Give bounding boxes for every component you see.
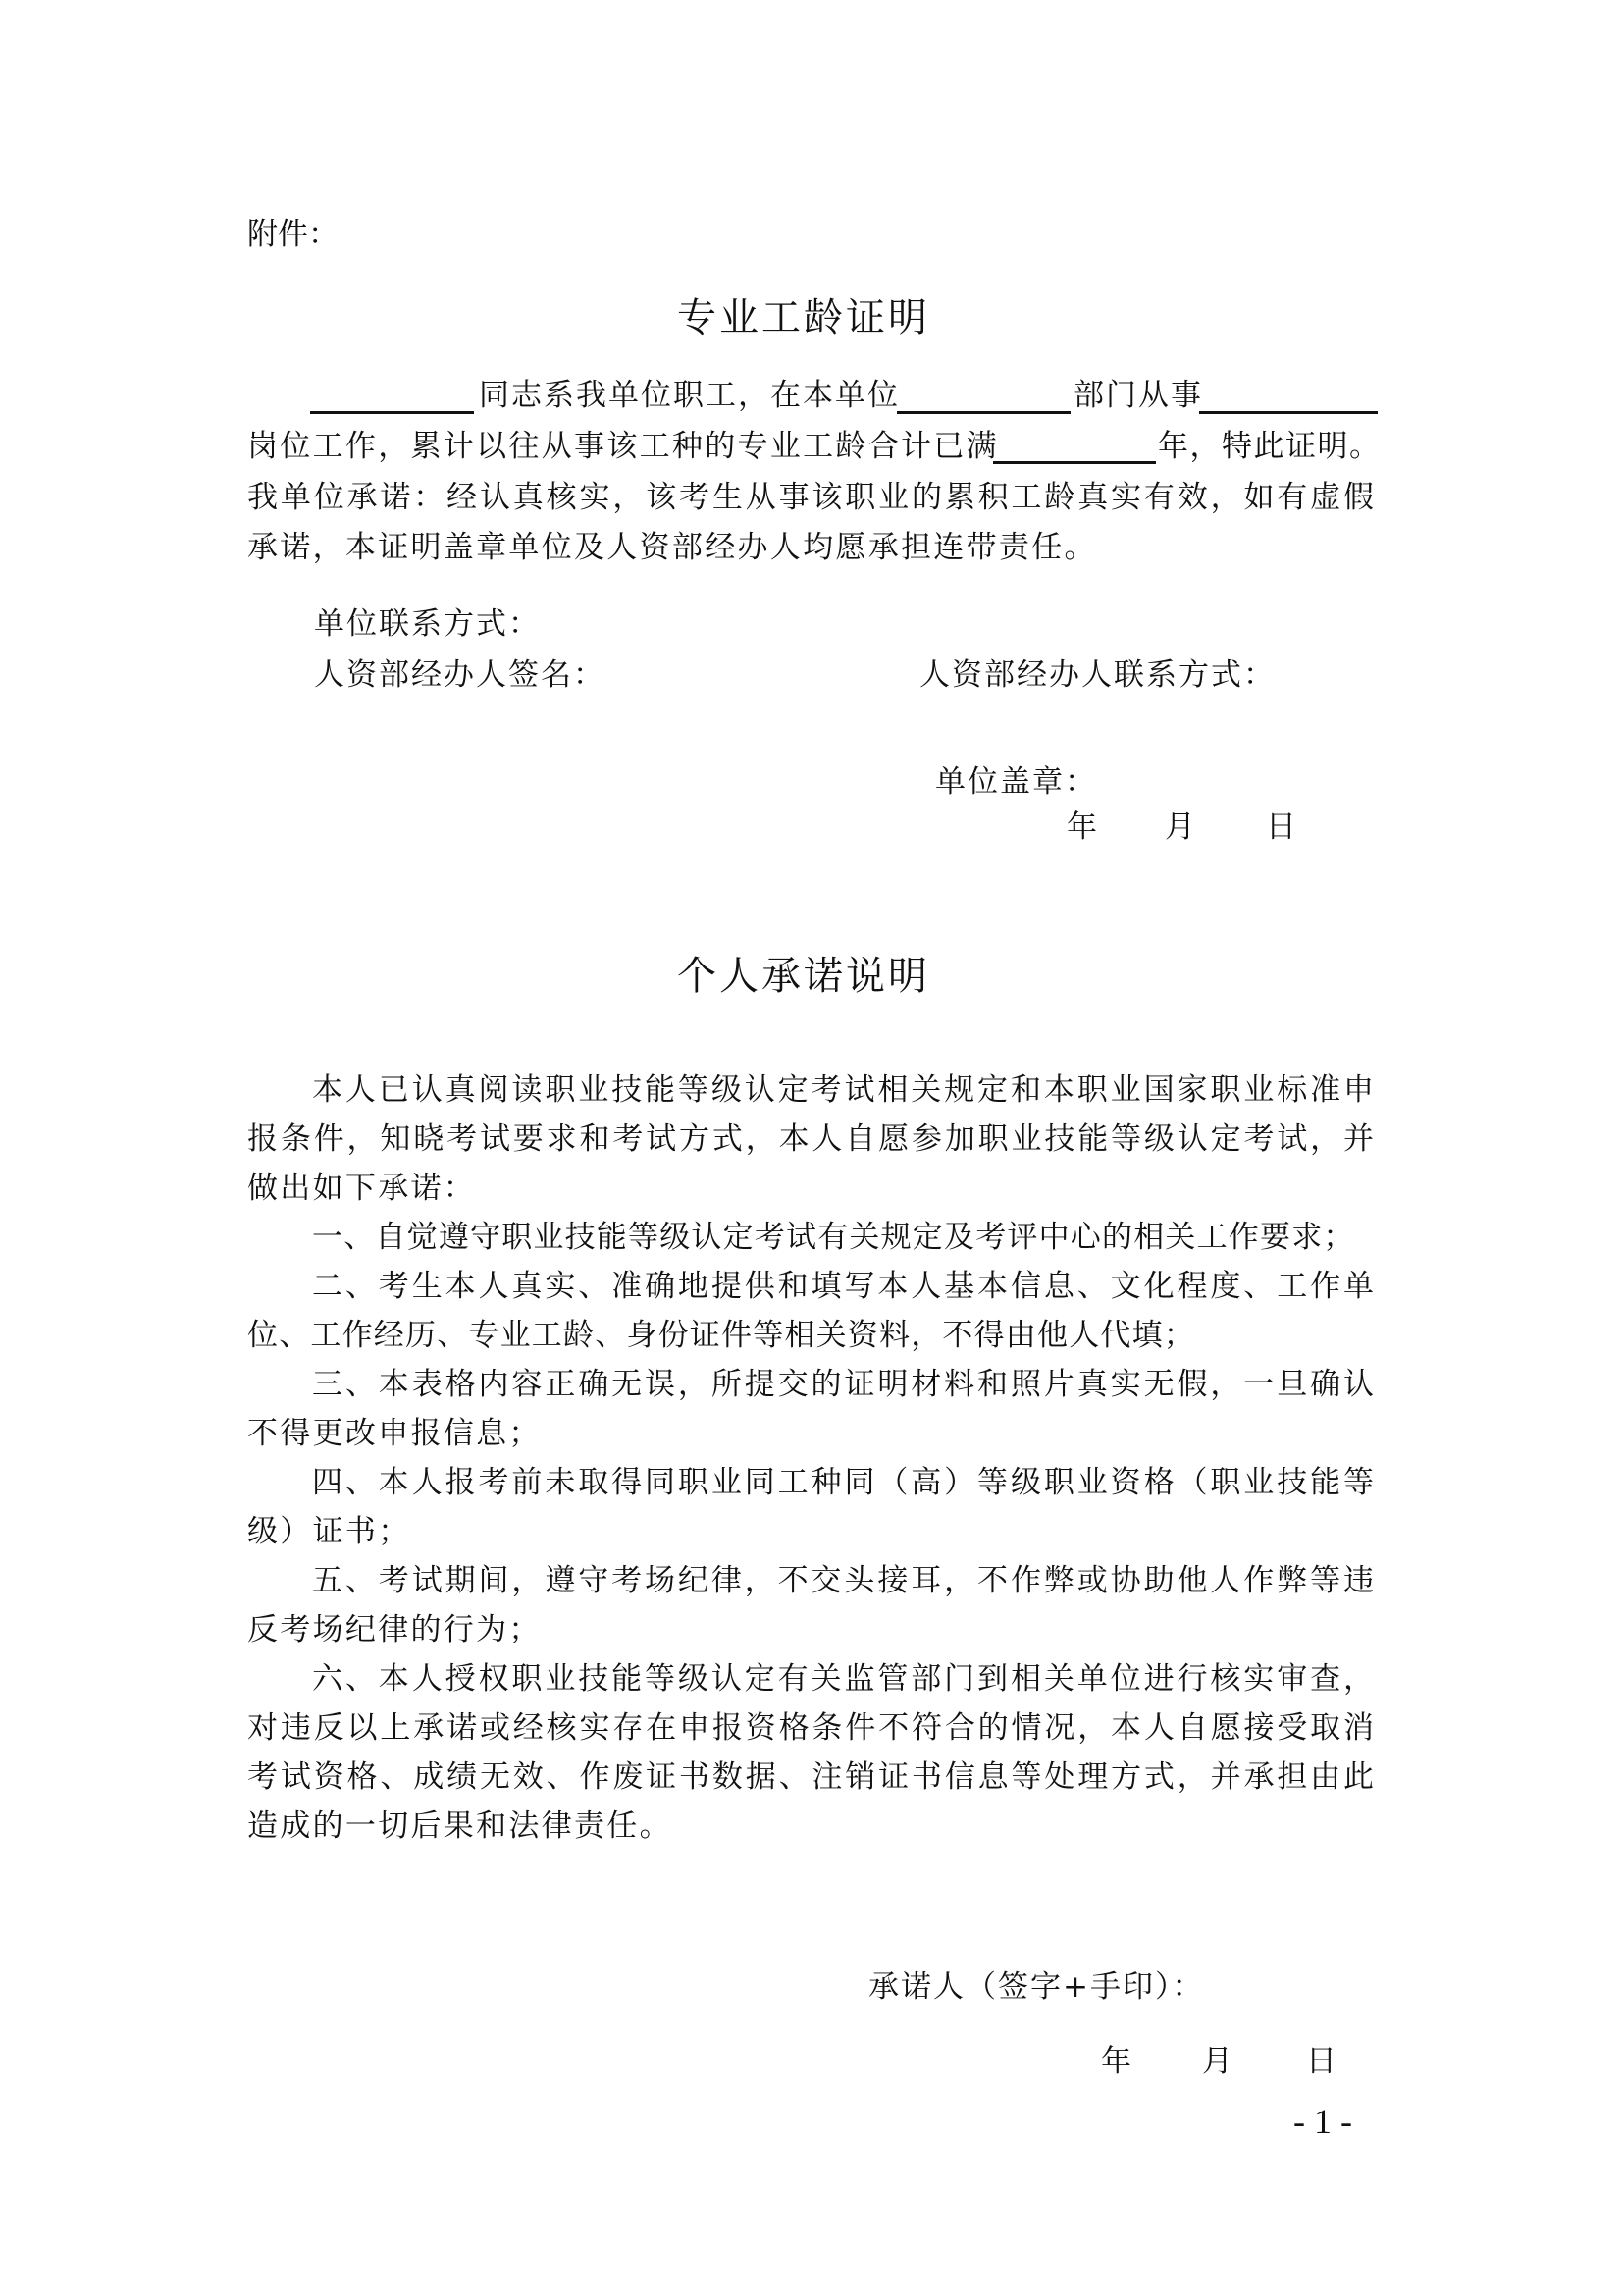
promise-item-3: 三、本表格内容正确无误，所提交的证明材料和照片真实无假，一旦确认 — [312, 1368, 1374, 1401]
blank-years-field[interactable] — [993, 461, 1156, 464]
signer-label: 承诺人（签字+手印）： — [868, 1970, 1204, 2004]
promise-item-6: 六、本人授权职业技能等级认定有关监管部门到相关单位进行核实审查， — [312, 1662, 1374, 1695]
promise-item-4: 四、本人报考前未取得同职业同工种同（高）等级职业资格（职业技能等 — [312, 1466, 1374, 1499]
promise-date-month: 月 — [1202, 2045, 1232, 2078]
certificate-date-year: 年 — [1067, 810, 1097, 844]
promise-item-1: 一、自觉遵守职业技能等级认定考试有关规定及考评中心的相关工作要求； — [312, 1221, 1355, 1254]
unit-contact-label: 单位联系方式： — [314, 607, 541, 641]
promise-item-2: 二、考生本人真实、准确地提供和填写本人基本信息、文化程度、工作单 — [312, 1270, 1374, 1303]
page-number: - 1 - — [1293, 2102, 1352, 2141]
promise-item-3-cont: 不得更改申报信息； — [247, 1417, 542, 1450]
promise-line: 本人已认真阅读职业技能等级认定考试相关规定和本职业国家职业标准申 — [312, 1073, 1374, 1107]
unit-seal-label: 单位盖章： — [935, 765, 1097, 799]
blank-name-field[interactable] — [310, 411, 474, 414]
promise-item-5-cont: 反考场纪律的行为； — [247, 1613, 542, 1646]
blank-department-field[interactable] — [897, 411, 1071, 414]
promise-line: 报条件，知晓考试要求和考试方式，本人自愿参加职业技能等级认定考试，并 — [247, 1122, 1374, 1156]
promise-date-year: 年 — [1101, 2045, 1131, 2078]
promise-item-6-cont: 考试资格、成绩无效、作废证书数据、注销证书信息等处理方式，并承担由此 — [247, 1760, 1374, 1794]
promise-item-6-cont: 对违反以上承诺或经核实存在申报资格条件不符合的情况，本人自愿接受取消 — [247, 1711, 1374, 1745]
certificate-date-day: 日 — [1266, 810, 1296, 844]
certificate-line4: 承诺，本证明盖章单位及人资部经办人均愿承担连带责任。 — [247, 531, 1097, 564]
certificate-line2-text-b: 年，特此证明。 — [1158, 430, 1382, 463]
promise-title: 个人承诺说明 — [677, 955, 930, 998]
promise-date-day: 日 — [1306, 2045, 1336, 2078]
certificate-title: 专业工龄证明 — [677, 296, 930, 339]
promise-item-4-cont: 级）证书； — [247, 1515, 411, 1548]
certificate-date-month: 月 — [1165, 810, 1195, 844]
certificate-line1-text-b: 部门从事 — [1074, 379, 1203, 412]
hr-contact-label: 人资部经办人联系方式： — [919, 658, 1276, 692]
certificate-line1-text-a: 同志系我单位职工，在本单位 — [479, 379, 900, 412]
promise-line: 做出如下承诺： — [247, 1172, 476, 1205]
certificate-line3: 我单位承诺：经认真核实，该考生从事该职业的累积工龄真实有效，如有虚假 — [247, 481, 1374, 514]
certificate-line2-text-a: 岗位工作，累计以往从事该工种的专业工龄合计已满 — [247, 430, 999, 463]
promise-item-5: 五、考试期间，遵守考场纪律，不交头接耳，不作弊或协助他人作弊等违 — [312, 1564, 1374, 1597]
attachment-label: 附件： — [247, 218, 339, 251]
promise-item-2-cont: 位、工作经历、专业工龄、身份证件等相关资料，不得由他人代填； — [247, 1319, 1195, 1352]
hr-signature-label: 人资部经办人签名： — [314, 658, 605, 692]
blank-position-field[interactable] — [1199, 411, 1378, 414]
promise-item-6-cont: 造成的一切后果和法律责任。 — [247, 1809, 672, 1843]
